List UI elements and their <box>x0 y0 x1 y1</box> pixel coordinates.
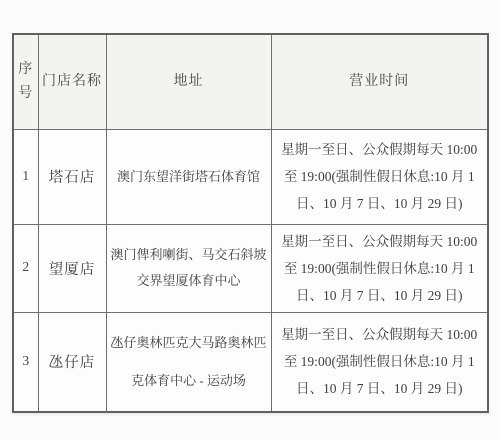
cell-store-name: 望厦店 <box>38 224 106 312</box>
table-header-row: 序号 门店名称 地址 营业时间 <box>13 34 488 129</box>
cell-row-number: 1 <box>13 129 38 224</box>
cell-row-number: 2 <box>13 224 38 312</box>
table-row: 1 塔石店 澳门东望洋街塔石体育馆 星期一至日、公众假期每天 10:00 至 1… <box>13 129 488 224</box>
cell-address: 澳门东望洋街塔石体育馆 <box>106 129 271 224</box>
table-row: 2 望厦店 澳门俾利喇街、马交石斜坡交界望厦体育中心 星期一至日、公众假期每天 … <box>13 224 488 312</box>
cell-store-name: 氹仔店 <box>38 312 106 412</box>
cell-address: 澳门俾利喇街、马交石斜坡交界望厦体育中心 <box>106 224 271 312</box>
store-branches-table: 序号 门店名称 地址 营业时间 1 塔石店 澳门东望洋街塔石体育馆 星期一至日、… <box>12 33 489 413</box>
column-header-address: 地址 <box>106 34 271 129</box>
cell-business-hours: 星期一至日、公众假期每天 10:00 至 19:00(强制性假日休息:10 月 … <box>271 129 488 224</box>
cell-business-hours: 星期一至日、公众假期每天 10:00 至 19:00(强制性假日休息:10 月 … <box>271 312 488 412</box>
column-header-business-hours: 营业时间 <box>271 34 488 129</box>
cell-address: 氹仔奥林匹克大马路奥林匹克体育中心 - 运动场 <box>106 312 271 412</box>
cell-store-name: 塔石店 <box>38 129 106 224</box>
page-background: { "table": { "columns": [ "序号", "门店名称", … <box>0 0 500 440</box>
column-header-store-name: 门店名称 <box>38 34 106 129</box>
cell-business-hours: 星期一至日、公众假期每天 10:00 至 19:00(强制性假日休息:10 月 … <box>271 224 488 312</box>
table-row: 3 氹仔店 氹仔奥林匹克大马路奥林匹克体育中心 - 运动场 星期一至日、公众假期… <box>13 312 488 412</box>
column-header-index: 序号 <box>13 34 38 129</box>
cell-row-number: 3 <box>13 312 38 412</box>
